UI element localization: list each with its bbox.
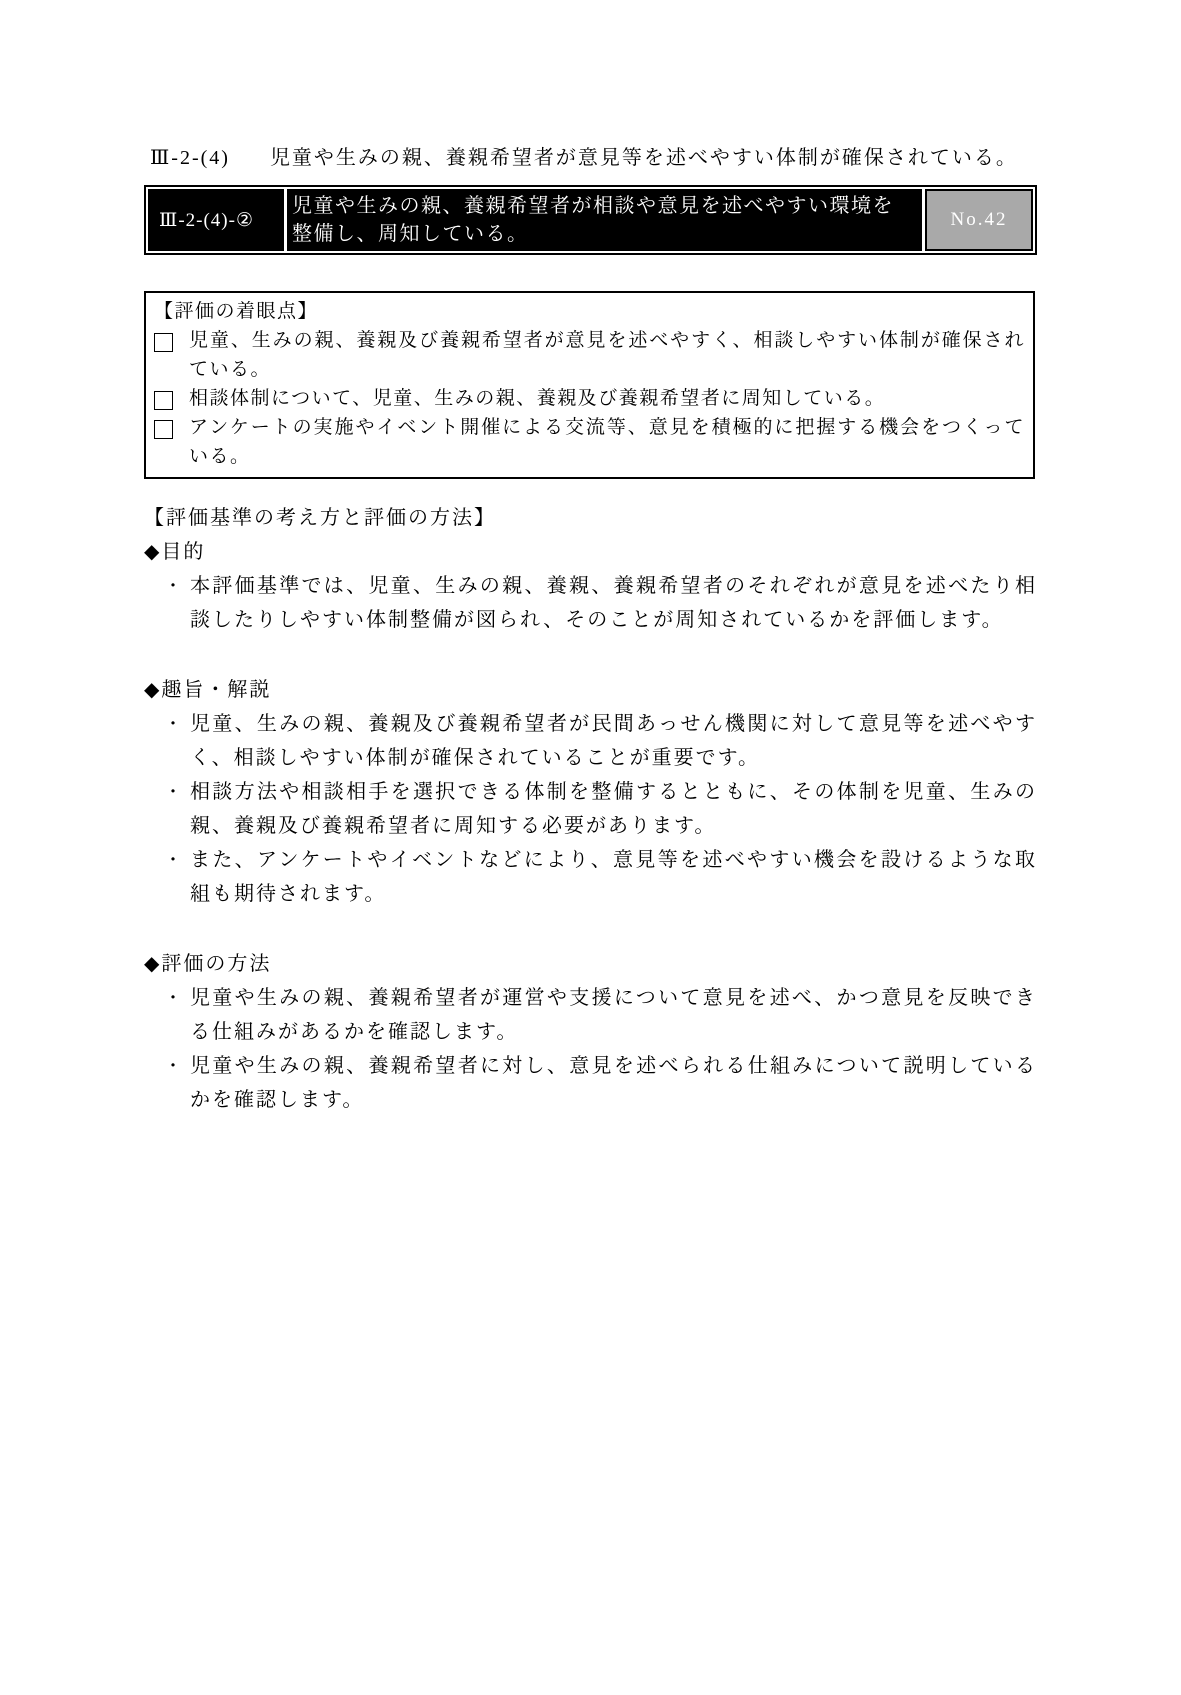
checkbox-icon bbox=[154, 391, 173, 410]
bullet-item: ・ 相談方法や相談相手を選択できる体制を整備するとともに、その体制を児童、生みの… bbox=[144, 775, 1037, 843]
bullet-item: ・ また、アンケートやイベントなどにより、意見等を述べやすい機会を設けるような取… bbox=[144, 843, 1037, 911]
bullet-item: ・ 児童、生みの親、養親及び養親希望者が民間あっせん機関に対して意見等を述べやす… bbox=[144, 707, 1037, 775]
document-page: Ⅲ-2-(4) 児童や生みの親、養親希望者が意見等を述べやすい体制が確保されてい… bbox=[0, 0, 1181, 1695]
bullet-text: 児童、生みの親、養親及び養親希望者が民間あっせん機関に対して意見等を述べやすく、… bbox=[190, 707, 1037, 775]
bullet-marker: ・ bbox=[164, 981, 180, 1015]
focus-point-text: 相談体制について、児童、生みの親、養親及び養親希望者に周知している。 bbox=[189, 384, 1025, 413]
bullet-marker: ・ bbox=[164, 569, 180, 603]
bullet-text: 児童や生みの親、養親希望者が運営や支援について意見を述べ、かつ意見を反映できる仕… bbox=[190, 981, 1037, 1049]
checkbox-icon bbox=[154, 333, 173, 352]
bullet-text: また、アンケートやイベントなどにより、意見等を述べやすい機会を設けるような取組も… bbox=[190, 843, 1037, 911]
focus-points-title: 【評価の着眼点】 bbox=[150, 297, 1025, 326]
criterion-id: Ⅲ-2-(4)-② bbox=[148, 189, 284, 251]
focus-point-item: アンケートの実施やイベント開催による交流等、意見を積極的に把握する機会をつくって… bbox=[150, 413, 1025, 471]
subsection-heading: ◆評価の方法 bbox=[144, 947, 1037, 981]
bullet-item: ・ 本評価基準では、児童、生みの親、養親、養親希望者のそれぞれが意見を述べたり相… bbox=[144, 569, 1037, 637]
criterion-title-line: 児童や生みの親、養親希望者が相談や意見を述べやすい環境を bbox=[292, 192, 922, 220]
subsection-explanation: ◆趣旨・解説 ・ 児童、生みの親、養親及び養親希望者が民間あっせん機関に対して意… bbox=[144, 673, 1037, 911]
focus-point-text: 児童、生みの親、養親及び養親希望者が意見を述べやすく、相談しやすい体制が確保され… bbox=[189, 326, 1025, 384]
bullet-text: 相談方法や相談相手を選択できる体制を整備するとともに、その体制を児童、生みの親、… bbox=[190, 775, 1037, 843]
subsection-heading: ◆目的 bbox=[144, 535, 1037, 569]
focus-point-text: アンケートの実施やイベント開催による交流等、意見を積極的に把握する機会をつくって… bbox=[189, 413, 1025, 471]
focus-points-box: 【評価の着眼点】 児童、生みの親、養親及び養親希望者が意見を述べやすく、相談しや… bbox=[144, 291, 1035, 479]
section-heading-text: 児童や生みの親、養親希望者が意見等を述べやすい体制が確保されている。 bbox=[270, 146, 1018, 170]
subsection-heading: ◆趣旨・解説 bbox=[144, 673, 1037, 707]
bullet-text: 児童や生みの親、養親希望者に対し、意見を述べられる仕組みについて説明しているかを… bbox=[190, 1049, 1037, 1117]
bullet-item: ・ 児童や生みの親、養親希望者に対し、意見を述べられる仕組みについて説明している… bbox=[144, 1049, 1037, 1117]
section-code: Ⅲ-2-(4) bbox=[150, 146, 230, 170]
focus-point-item: 相談体制について、児童、生みの親、養親及び養親希望者に周知している。 bbox=[150, 384, 1025, 413]
bullet-text: 本評価基準では、児童、生みの親、養親、養親希望者のそれぞれが意見を述べたり相談し… bbox=[190, 569, 1037, 637]
subsection-evaluation-method: ◆評価の方法 ・ 児童や生みの親、養親希望者が運営や支援について意見を述べ、かつ… bbox=[144, 947, 1037, 1117]
bullet-marker: ・ bbox=[164, 1049, 180, 1083]
subsection-purpose: ◆目的 ・ 本評価基準では、児童、生みの親、養親、養親希望者のそれぞれが意見を述… bbox=[144, 535, 1037, 637]
bullet-item: ・ 児童や生みの親、養親希望者が運営や支援について意見を述べ、かつ意見を反映でき… bbox=[144, 981, 1037, 1049]
focus-point-item: 児童、生みの親、養親及び養親希望者が意見を述べやすく、相談しやすい体制が確保され… bbox=[150, 326, 1025, 384]
section-heading: Ⅲ-2-(4) 児童や生みの親、養親希望者が意見等を述べやすい体制が確保されてい… bbox=[144, 146, 1037, 170]
criterion-header-bar: Ⅲ-2-(4)-② 児童や生みの親、養親希望者が相談や意見を述べやすい環境を 整… bbox=[144, 185, 1037, 255]
checkbox-icon bbox=[154, 420, 173, 439]
method-section-heading: 【評価基準の考え方と評価の方法】 bbox=[144, 501, 1037, 535]
bullet-marker: ・ bbox=[164, 843, 180, 877]
criterion-title: 児童や生みの親、養親希望者が相談や意見を述べやすい環境を 整備し、周知している。 bbox=[287, 189, 922, 251]
bullet-marker: ・ bbox=[164, 707, 180, 741]
criterion-number-badge: No.42 bbox=[925, 189, 1033, 251]
criterion-title-line: 整備し、周知している。 bbox=[292, 220, 922, 248]
bullet-marker: ・ bbox=[164, 775, 180, 809]
